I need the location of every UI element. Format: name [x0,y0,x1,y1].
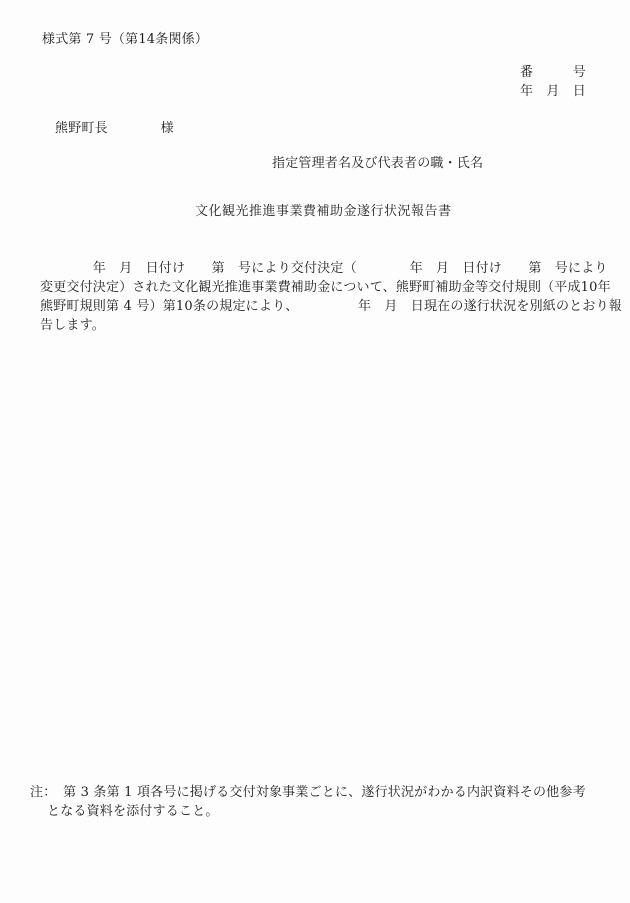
body-paragraph-line-4: 告します。 [40,318,105,333]
document-page: 様式第 7 号（第14条関係） 番 号 年 月 日 熊野町長 様 指定管理者名及… [0,0,630,903]
body-paragraph-line-1: 年 月 日付け 第 号により交付決定（ 年 月 日付け 第 号により [40,261,608,276]
body-paragraph-line-3: 熊野町規則第 4 号）第10条の規定により、 年 月 日現在の遂行状況を別紙のと… [40,299,622,314]
document-number-field: 番 号 [520,65,586,80]
addressee-line: 熊野町長 様 [55,121,174,136]
document-date-field: 年 月 日 [520,84,586,99]
form-number: 様式第 7 号（第14条関係） [42,32,208,47]
footnote-line-1: 注： 第 3 条第 1 項各号に掲げる交付対象事業ごとに、遂行状況がわかる内訳資… [30,785,586,800]
footnote-line-2: となる資料を添付すること。 [47,804,219,819]
document-title: 文化観光推進事業費補助金遂行状況報告書 [195,204,452,219]
body-paragraph-line-2: 変更交付決定）された文化観光推進事業費補助金について、熊野町補助金等交付規則（平… [40,280,611,295]
sender-name-label: 指定管理者名及び代表者の職・氏名 [272,156,483,171]
